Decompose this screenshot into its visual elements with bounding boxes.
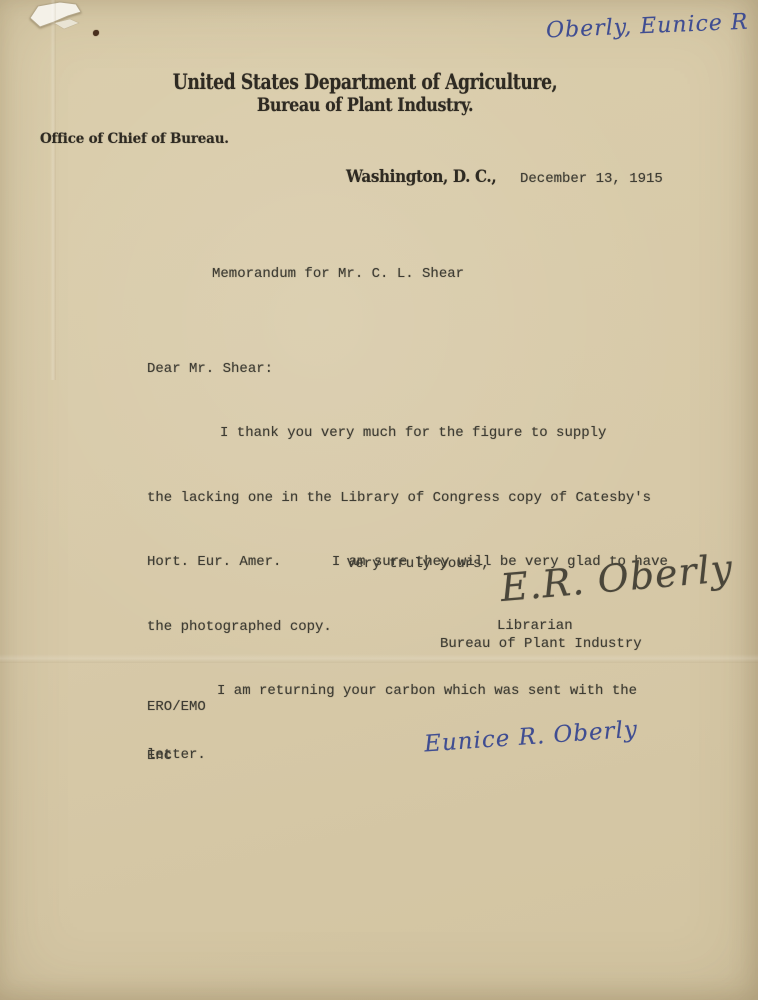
reference-initials: ERO/EMO	[147, 699, 206, 716]
memorandum-line: Memorandum for Mr. C. L. Shear	[212, 266, 464, 282]
scanned-letter-page: Oberly, Eunice R United States Departmen…	[0, 0, 758, 1000]
body-line: I am returning your carbon which was sen…	[147, 681, 707, 713]
signer-title: Librarian	[497, 618, 573, 634]
letterhead-department: United States Department of Agriculture,	[66, 69, 665, 94]
body-line: the lacking one in the Library of Congre…	[147, 488, 707, 520]
paper-speck	[93, 30, 99, 36]
enclosure-note: Enc	[147, 748, 206, 765]
letterhead-bureau: Bureau of Plant Industry.	[58, 94, 671, 116]
signer-organization: Bureau of Plant Industry	[440, 636, 642, 652]
handwritten-annotation-top: Oberly, Eunice R	[546, 10, 749, 44]
letterhead-office-line: Office of Chief of Bureau.	[40, 131, 229, 147]
salutation: Dear Mr. Shear:	[147, 359, 707, 391]
letter-date: December 13, 1915	[520, 171, 663, 187]
paper-tear	[24, 0, 94, 36]
paper-crease-vertical	[50, 0, 56, 380]
body-line: I thank you very much for the figure to …	[147, 423, 707, 455]
reference-block: ERO/EMO Enc	[147, 667, 206, 797]
letterhead-place: Washington, D. C.,	[346, 167, 496, 186]
closing-line: Very truly yours,	[347, 556, 490, 572]
